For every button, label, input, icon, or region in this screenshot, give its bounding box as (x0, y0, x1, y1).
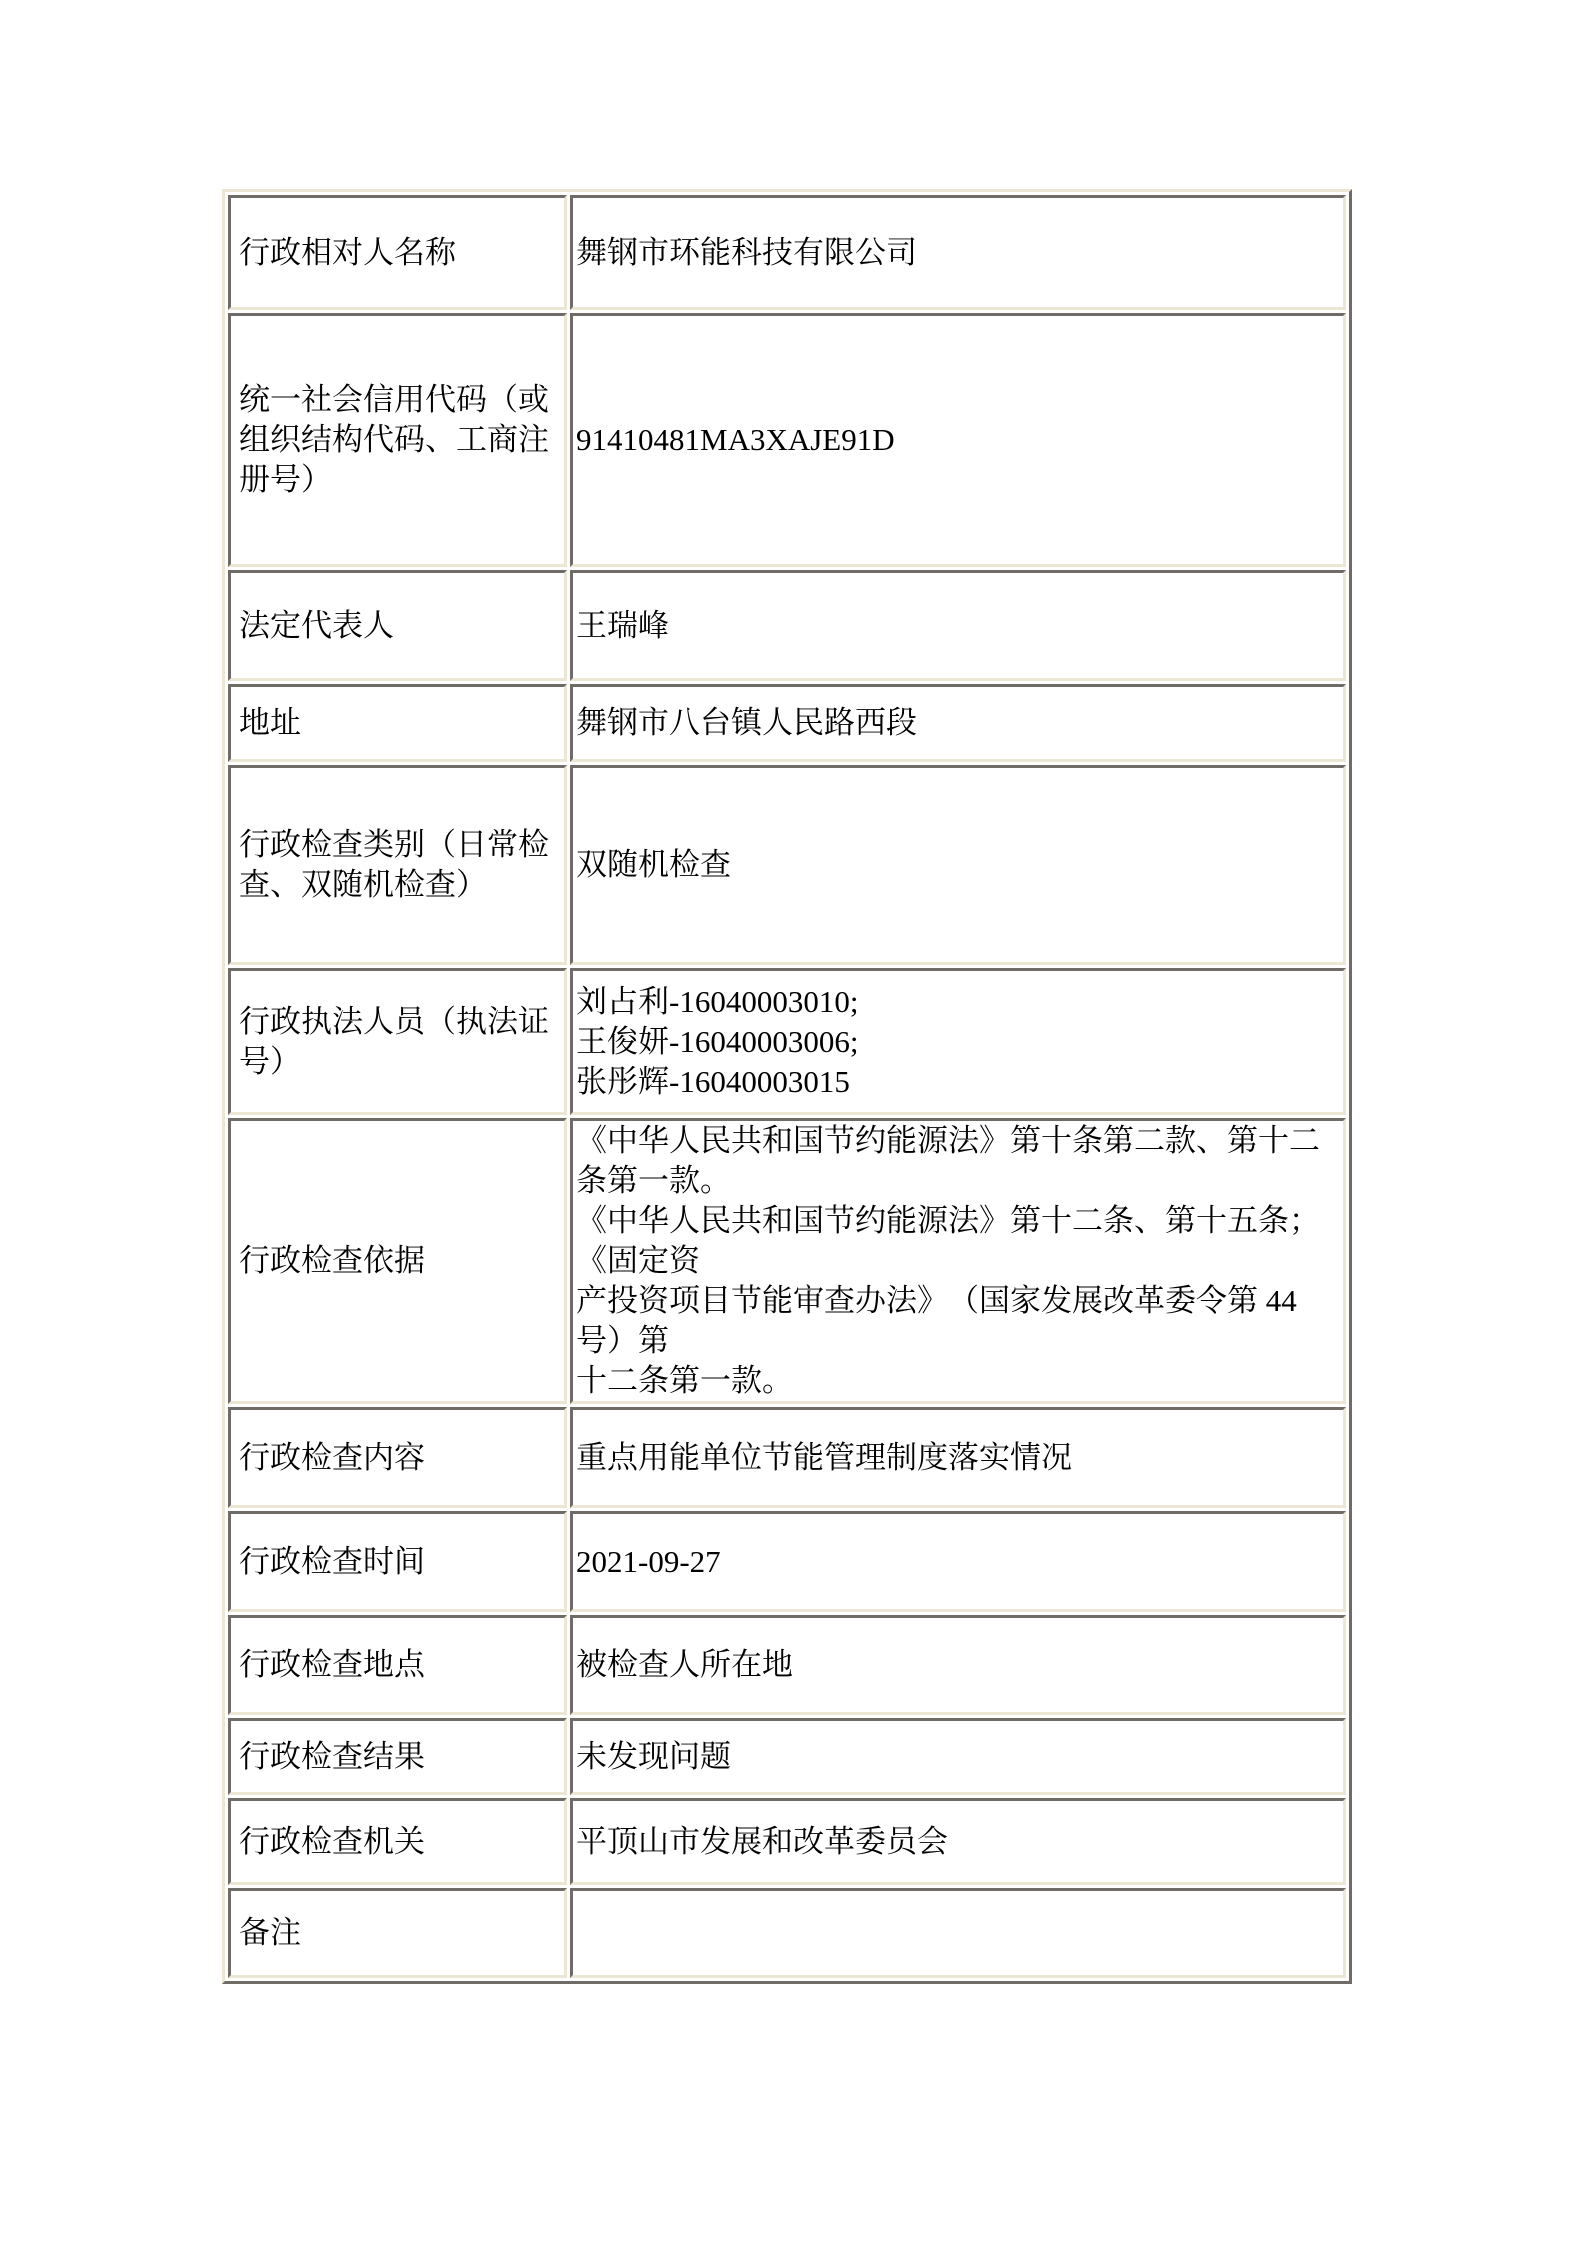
table-row: 地址 舞钢市八台镇人民路西段 (228, 684, 1346, 762)
field-label: 行政检查地点 (228, 1615, 567, 1715)
field-label: 行政检查时间 (228, 1511, 567, 1612)
field-value: 《中华人民共和国节约能源法》第十条第二款、第十二条第一款。 《中华人民共和国节约… (570, 1118, 1346, 1404)
field-value (570, 1888, 1346, 1978)
table-row: 行政检查机关 平顶山市发展和改革委员会 (228, 1798, 1346, 1885)
field-label: 行政检查依据 (228, 1118, 567, 1404)
table-row: 行政检查地点 被检查人所在地 (228, 1615, 1346, 1715)
field-label: 备注 (228, 1888, 567, 1978)
field-label: 行政执法人员（执法证 号） (228, 968, 567, 1115)
table-row: 统一社会信用代码（或 组织结构代码、工商注 册号） 91410481MA3XAJ… (228, 313, 1346, 567)
field-value: 舞钢市环能科技有限公司 (570, 195, 1346, 310)
table-row: 行政检查时间 2021-09-27 (228, 1511, 1346, 1612)
table-row: 行政相对人名称 舞钢市环能科技有限公司 (228, 195, 1346, 310)
field-value: 91410481MA3XAJE91D (570, 313, 1346, 567)
document-page: 行政相对人名称 舞钢市环能科技有限公司 统一社会信用代码（或 组织结构代码、工商… (0, 0, 1587, 2245)
field-value: 王瑞峰 (570, 570, 1346, 681)
field-label: 行政检查结果 (228, 1718, 567, 1795)
field-label: 统一社会信用代码（或 组织结构代码、工商注 册号） (228, 313, 567, 567)
field-value: 2021-09-27 (570, 1511, 1346, 1612)
field-label: 行政相对人名称 (228, 195, 567, 310)
inspection-record-body: 行政相对人名称 舞钢市环能科技有限公司 统一社会信用代码（或 组织结构代码、工商… (228, 195, 1346, 1978)
table-row: 行政执法人员（执法证 号） 刘占利-16040003010; 王俊妍-16040… (228, 968, 1346, 1115)
field-value: 舞钢市八台镇人民路西段 (570, 684, 1346, 762)
field-value: 双随机检查 (570, 765, 1346, 965)
field-value: 平顶山市发展和改革委员会 (570, 1798, 1346, 1885)
table-row: 行政检查类别（日常检 查、双随机检查） 双随机检查 (228, 765, 1346, 965)
field-label: 行政检查类别（日常检 查、双随机检查） (228, 765, 567, 965)
field-value: 被检查人所在地 (570, 1615, 1346, 1715)
table-row: 法定代表人 王瑞峰 (228, 570, 1346, 681)
field-label: 行政检查内容 (228, 1407, 567, 1508)
field-label: 法定代表人 (228, 570, 567, 681)
table-row: 行政检查结果 未发现问题 (228, 1718, 1346, 1795)
field-label: 行政检查机关 (228, 1798, 567, 1885)
field-value: 刘占利-16040003010; 王俊妍-16040003006; 张彤辉-16… (570, 968, 1346, 1115)
table-row: 行政检查依据 《中华人民共和国节约能源法》第十条第二款、第十二条第一款。 《中华… (228, 1118, 1346, 1404)
field-value: 未发现问题 (570, 1718, 1346, 1795)
inspection-record-table: 行政相对人名称 舞钢市环能科技有限公司 统一社会信用代码（或 组织结构代码、工商… (222, 189, 1352, 1984)
field-value: 重点用能单位节能管理制度落实情况 (570, 1407, 1346, 1508)
field-label: 地址 (228, 684, 567, 762)
table-row: 行政检查内容 重点用能单位节能管理制度落实情况 (228, 1407, 1346, 1508)
table-row: 备注 (228, 1888, 1346, 1978)
